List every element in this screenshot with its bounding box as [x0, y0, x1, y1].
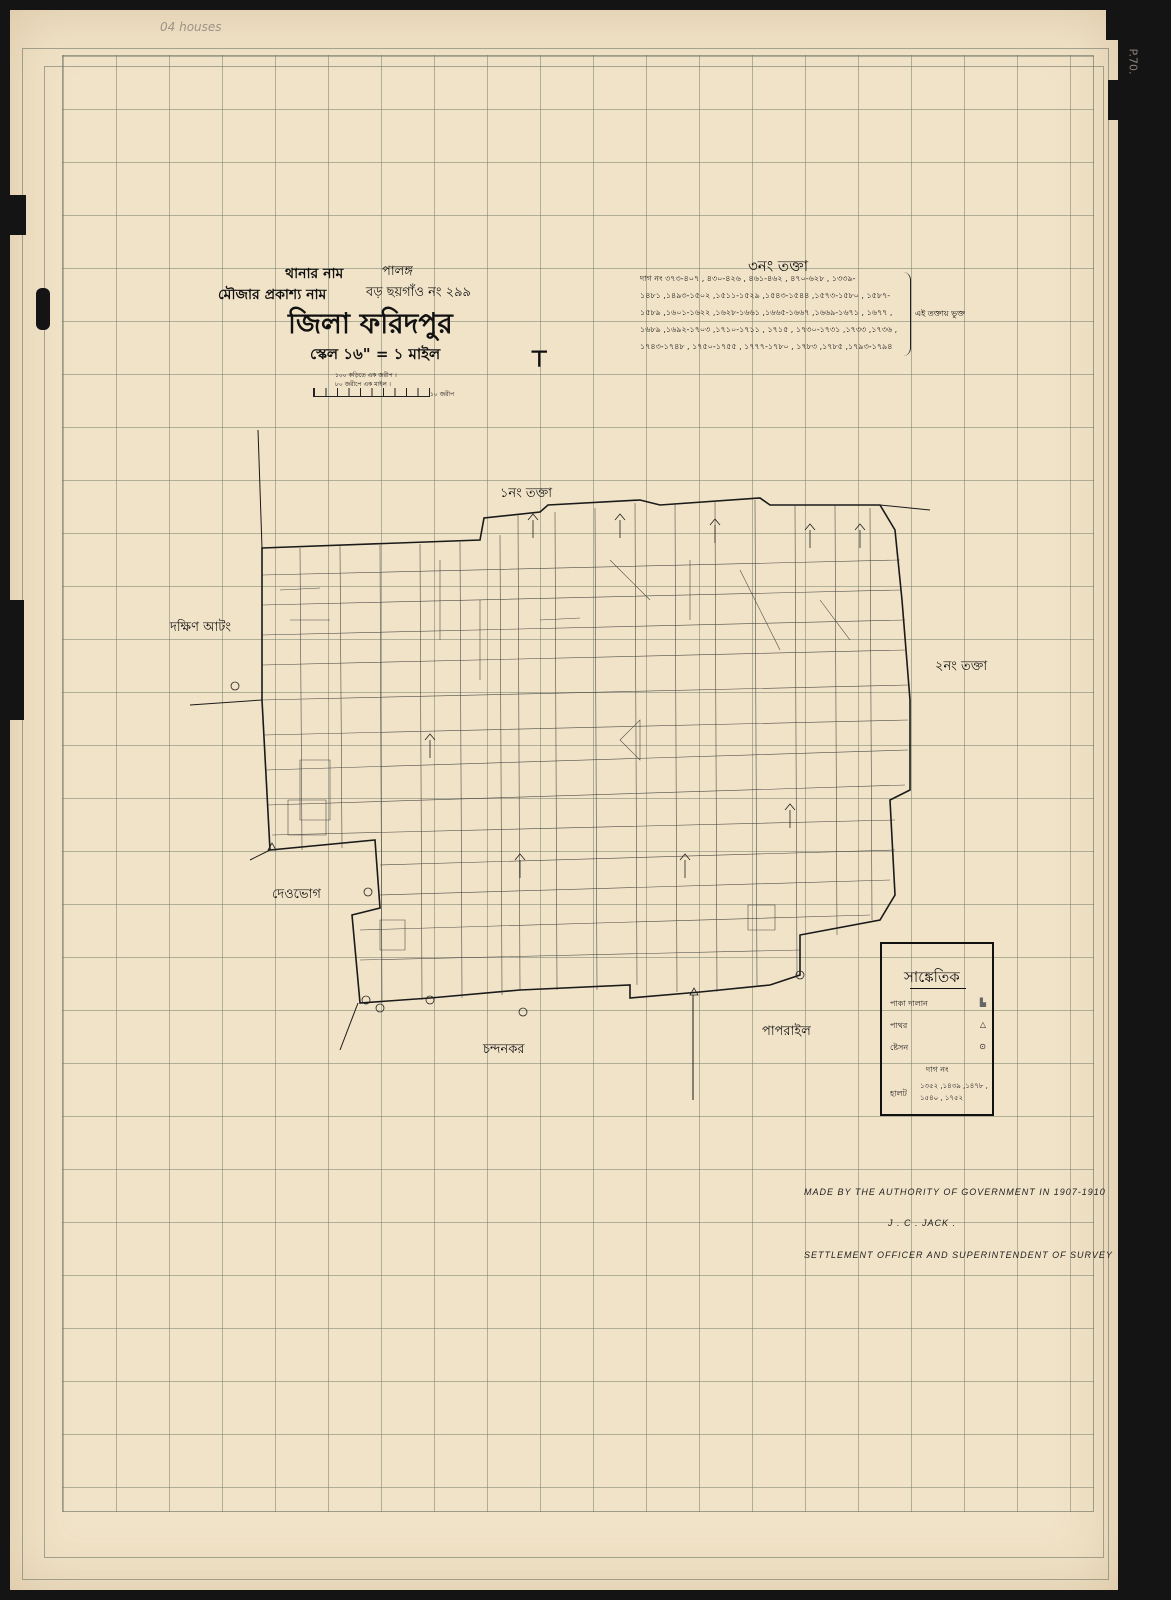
- authority-text: MADE BY THE AUTHORITY OF GOVERNMENT IN 1…: [804, 1187, 1106, 1197]
- legend-item: পাকা দালান ▙: [890, 998, 986, 1011]
- mouza-boundary: [262, 498, 910, 1003]
- legend-item: ষ্টেসন ⊙: [890, 1042, 986, 1055]
- building-icon: ▙: [980, 998, 986, 1007]
- legend-dag-label: দাগ নং: [926, 1064, 949, 1077]
- legend-item-label: পাকা দালান: [890, 999, 928, 1008]
- legend-item: পাথর △: [890, 1020, 986, 1033]
- legend-item-label: পাথর: [890, 1021, 907, 1030]
- officer-title: SETTLEMENT OFFICER AND SUPERINTENDENT OF…: [804, 1250, 1113, 1260]
- sheet-1-label: ১নং তক্তা: [500, 484, 552, 505]
- sheet-2-label: ২নং তক্তা: [935, 657, 987, 678]
- map-legend: সাঙ্কেতিক পাকা দালান ▙ পাথর △ ষ্টেসন ⊙ দ…: [880, 942, 994, 1116]
- neighbor-south: চন্দনকর: [483, 1040, 524, 1061]
- neighbor-west: দক্ষিণ আটং: [170, 618, 231, 639]
- neighbor-southeast: পাপরাইল: [762, 1022, 811, 1043]
- legend-underline: [910, 988, 966, 989]
- cadastral-map: [0, 0, 1171, 1600]
- triangle-icon: △: [980, 1020, 986, 1029]
- legend-halot-value: ১৫৪০ , ১৭৫২: [920, 1092, 963, 1104]
- neighbor-southwest: দেওভোগ: [272, 885, 321, 906]
- legend-halot-label: হালট: [890, 1088, 907, 1101]
- circle-dot-icon: ⊙: [979, 1042, 986, 1051]
- legend-halot-value: ১৩৫২ ,১৪৩৯ ,১৪৭৮ ,: [920, 1080, 988, 1092]
- legend-item-label: ষ্টেসন: [890, 1043, 908, 1052]
- officer-name: J . C . JACK .: [888, 1218, 956, 1228]
